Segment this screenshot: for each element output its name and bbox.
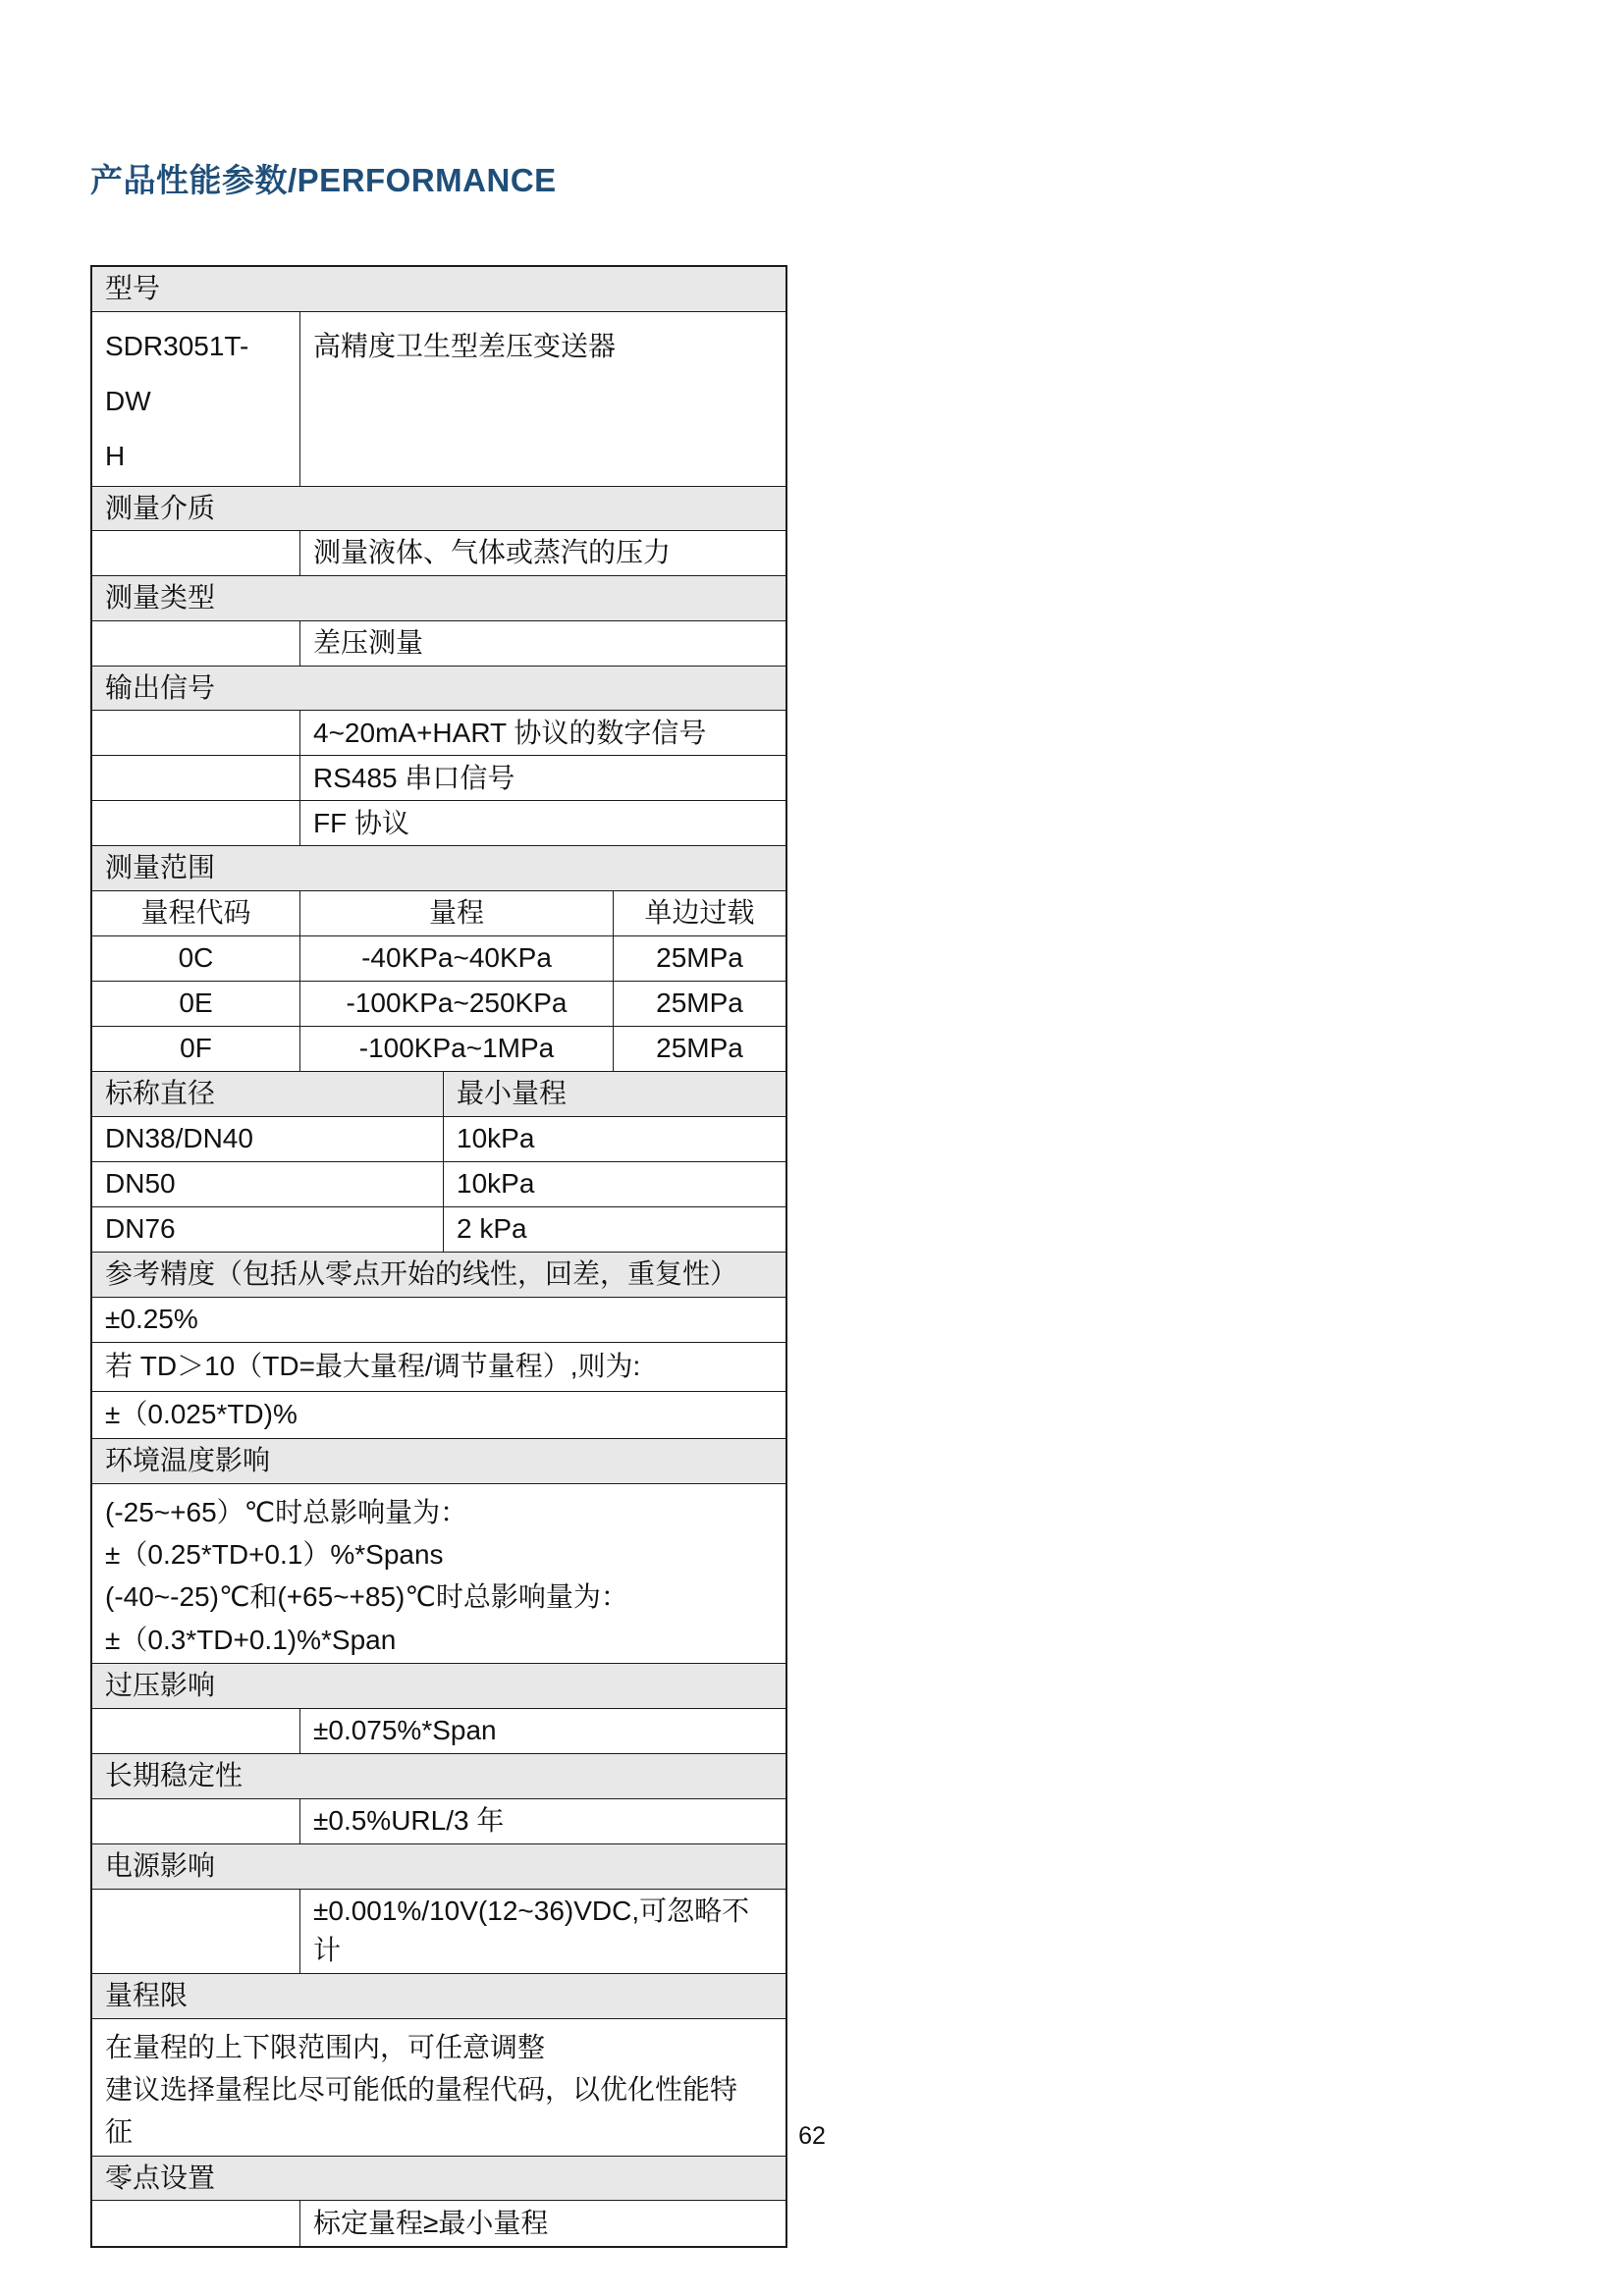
table-data-row: RS485 串口信号	[92, 756, 785, 801]
table-cell-text: 测量液体、气体或蒸汽的压力	[313, 533, 671, 573]
table-data-row: (-25~+65）℃时总影响量为： ±（0.25*TD+0.1）%*Spans …	[92, 1484, 785, 1665]
table-cell-text: 高精度卫生型差压变送器	[313, 319, 616, 374]
table-data-row: 0E-100KPa~250KPa25MPa	[92, 982, 785, 1027]
table-cell: 输出信号	[92, 667, 785, 711]
table-section-row: 电源影响	[92, 1844, 785, 1890]
table-cell-text: SDR3051T-DW H	[105, 319, 287, 484]
table-cell: 0C	[92, 936, 299, 981]
table-section-row: 测量类型	[92, 576, 785, 621]
table-cell-text: ±（0.025*TD)%	[105, 1395, 298, 1435]
table-cell-text: 长期稳定性	[105, 1756, 243, 1796]
table-cell: -40KPa~40KPa	[299, 936, 613, 981]
table-data-row: DN38/DN4010kPa	[92, 1117, 785, 1162]
table-cell: DN76	[92, 1207, 443, 1252]
table-cell: 电源影响	[92, 1844, 785, 1889]
table-cell-text: 标称直径	[105, 1074, 215, 1114]
table-cell-text: ±0.25%	[105, 1300, 198, 1340]
table-data-row: 测量液体、气体或蒸汽的压力	[92, 531, 785, 576]
table-cell-text: DN38/DN40	[105, 1119, 253, 1159]
table-data-row: 标定量程≥最小量程	[92, 2201, 785, 2246]
table-cell-text: ±0.001%/10V(12~36)VDC,可忽略不计	[313, 1892, 773, 1971]
table-section-row: 长期稳定性	[92, 1754, 785, 1799]
table-cell	[92, 621, 299, 666]
table-cell-text: (-25~+65）℃时总影响量为： ±（0.25*TD+0.1）%*Spans …	[105, 1491, 628, 1662]
table-cell-text: 25MPa	[656, 984, 743, 1024]
table-cell-text: 测量类型	[105, 578, 215, 618]
table-cell-text: 量程限	[105, 1976, 188, 2016]
table-cell-text: 型号	[105, 269, 160, 309]
table-cell-text: -100KPa~250KPa	[347, 984, 568, 1024]
table-cell-text: DN50	[105, 1164, 176, 1204]
table-cell-text: -100KPa~1MPa	[359, 1029, 554, 1069]
table-cell-text: 参考精度（包括从零点开始的线性，回差，重复性）	[105, 1255, 737, 1295]
table-cell: 测量液体、气体或蒸汽的压力	[299, 531, 785, 575]
table-cell: 高精度卫生型差压变送器	[299, 312, 785, 486]
table-cell: 量程代码	[92, 891, 299, 935]
table-cell: ±0.5%URL/3 年	[299, 1799, 785, 1843]
table-cell-text: 0F	[180, 1029, 212, 1069]
table-cell: 10kPa	[443, 1162, 785, 1206]
table-cell-text: 零点设置	[105, 2159, 215, 2199]
table-cell-text: ±0.075%*Span	[313, 1711, 497, 1751]
table-cell: 测量范围	[92, 846, 785, 890]
table-data-row: SDR3051T-DW H高精度卫生型差压变送器	[92, 312, 785, 487]
table-section-row: 型号	[92, 267, 785, 312]
table-cell: 最小量程	[443, 1072, 785, 1116]
table-cell	[92, 2201, 299, 2246]
table-cell: 4~20mA+HART 协议的数字信号	[299, 711, 785, 755]
table-cell-text: 25MPa	[656, 938, 743, 979]
table-cell-text: 若 TD＞10（TD=最大量程/调节量程）,则为:	[105, 1347, 640, 1387]
table-cell	[92, 801, 299, 845]
table-cell-text: 量程代码	[140, 893, 250, 934]
page-title: 产品性能参数/PERFORMANCE	[90, 155, 557, 201]
table-cell: 零点设置	[92, 2157, 785, 2201]
table-cell-text: ±0.5%URL/3 年	[313, 1801, 504, 1842]
table-cell: ±0.075%*Span	[299, 1709, 785, 1753]
table-cell: -100KPa~250KPa	[299, 982, 613, 1026]
table-cell-text: 10kPa	[457, 1164, 534, 1204]
table-cell: 25MPa	[613, 1027, 785, 1071]
table-cell: SDR3051T-DW H	[92, 312, 299, 486]
table-data-row: 0F-100KPa~1MPa25MPa	[92, 1027, 785, 1072]
table-cell-text: -40KPa~40KPa	[361, 938, 552, 979]
table-cell: 若 TD＞10（TD=最大量程/调节量程）,则为:	[92, 1343, 785, 1391]
table-cell: 标称直径	[92, 1072, 443, 1116]
table-cell: 2 kPa	[443, 1207, 785, 1252]
table-cell-text: 输出信号	[105, 668, 215, 709]
table-cell: -100KPa~1MPa	[299, 1027, 613, 1071]
table-cell-text: 单边过载	[644, 893, 754, 934]
table-cell: 参考精度（包括从零点开始的线性，回差，重复性）	[92, 1253, 785, 1297]
table-cell: (-25~+65）℃时总影响量为： ±（0.25*TD+0.1）%*Spans …	[92, 1484, 785, 1664]
table-cell: 标定量程≥最小量程	[299, 2201, 785, 2246]
table-cell-text: 4~20mA+HART 协议的数字信号	[313, 714, 706, 754]
table-cell-text: 0E	[179, 984, 212, 1024]
table-cell-text: 0C	[179, 938, 214, 979]
table-data-row: 0C-40KPa~40KPa25MPa	[92, 936, 785, 982]
table-data-row: 差压测量	[92, 621, 785, 667]
table-cell: DN38/DN40	[92, 1117, 443, 1161]
table-section-row: 标称直径最小量程	[92, 1072, 785, 1117]
table-cell: 量程	[299, 891, 613, 935]
table-section-row: 输出信号	[92, 667, 785, 712]
table-section-row: 量程限	[92, 1974, 785, 2019]
table-cell-text: RS485 串口信号	[313, 759, 514, 799]
table-section-row: 零点设置	[92, 2157, 785, 2202]
table-section-row: 测量介质	[92, 487, 785, 532]
table-cell: 25MPa	[613, 936, 785, 981]
table-data-row: 4~20mA+HART 协议的数字信号	[92, 711, 785, 756]
table-data-row: 量程代码量程单边过载	[92, 891, 785, 936]
table-data-row: ±0.075%*Span	[92, 1709, 785, 1754]
table-cell: 0F	[92, 1027, 299, 1071]
table-cell: 差压测量	[299, 621, 785, 666]
table-cell: RS485 串口信号	[299, 756, 785, 800]
table-cell	[92, 1890, 299, 1973]
table-cell-text: 量程	[429, 893, 484, 934]
table-data-row: FF 协议	[92, 801, 785, 846]
table-cell-text: 差压测量	[313, 623, 423, 664]
table-cell: 测量类型	[92, 576, 785, 620]
table-cell-text: FF 协议	[313, 804, 409, 844]
table-cell: 单边过载	[613, 891, 785, 935]
table-data-row: ±0.5%URL/3 年	[92, 1799, 785, 1844]
table-section-row: 环境温度影响	[92, 1439, 785, 1484]
table-cell	[92, 756, 299, 800]
table-cell-text: 2 kPa	[457, 1209, 527, 1250]
table-section-row: 参考精度（包括从零点开始的线性，回差，重复性）	[92, 1253, 785, 1298]
page-number: 62	[0, 2122, 1624, 2151]
table-cell: FF 协议	[299, 801, 785, 845]
table-cell-text: 过压影响	[105, 1666, 215, 1706]
table-section-row: 过压影响	[92, 1664, 785, 1709]
table-cell	[92, 1709, 299, 1753]
table-cell-text: 最小量程	[457, 1074, 567, 1114]
table-cell: ±（0.025*TD)%	[92, 1392, 785, 1438]
table-cell: 25MPa	[613, 982, 785, 1026]
table-cell-text: DN76	[105, 1209, 176, 1250]
table-cell: ±0.001%/10V(12~36)VDC,可忽略不计	[299, 1890, 785, 1973]
table-cell: ±0.25%	[92, 1298, 785, 1342]
table-cell-text: 标定量程≥最小量程	[313, 2204, 548, 2244]
table-cell: 环境温度影响	[92, 1439, 785, 1483]
table-data-row: DN762 kPa	[92, 1207, 785, 1253]
table-cell-text: 电源影响	[105, 1846, 215, 1887]
table-cell-text: 25MPa	[656, 1029, 743, 1069]
table-cell: DN50	[92, 1162, 443, 1206]
table-cell-text: 10kPa	[457, 1119, 534, 1159]
table-data-row: DN5010kPa	[92, 1162, 785, 1207]
table-cell: 型号	[92, 267, 785, 311]
table-cell: 量程限	[92, 1974, 785, 2018]
table-cell	[92, 1799, 299, 1843]
table-cell-text: 测量范围	[105, 848, 215, 888]
table-cell-text: 测量介质	[105, 489, 215, 529]
table-cell: 10kPa	[443, 1117, 785, 1161]
table-section-row: 测量范围	[92, 846, 785, 891]
performance-table: 型号SDR3051T-DW H高精度卫生型差压变送器测量介质测量液体、气体或蒸汽…	[90, 265, 787, 2248]
table-cell: 0E	[92, 982, 299, 1026]
table-cell	[92, 531, 299, 575]
table-cell	[92, 711, 299, 755]
table-cell: 测量介质	[92, 487, 785, 531]
table-cell: 长期稳定性	[92, 1754, 785, 1798]
table-data-row: ±0.001%/10V(12~36)VDC,可忽略不计	[92, 1890, 785, 1974]
table-cell-text: 环境温度影响	[105, 1441, 270, 1481]
table-data-row: 若 TD＞10（TD=最大量程/调节量程）,则为:	[92, 1343, 785, 1392]
table-cell: 过压影响	[92, 1664, 785, 1708]
table-data-row: ±0.25%	[92, 1298, 785, 1343]
table-data-row: ±（0.025*TD)%	[92, 1392, 785, 1439]
